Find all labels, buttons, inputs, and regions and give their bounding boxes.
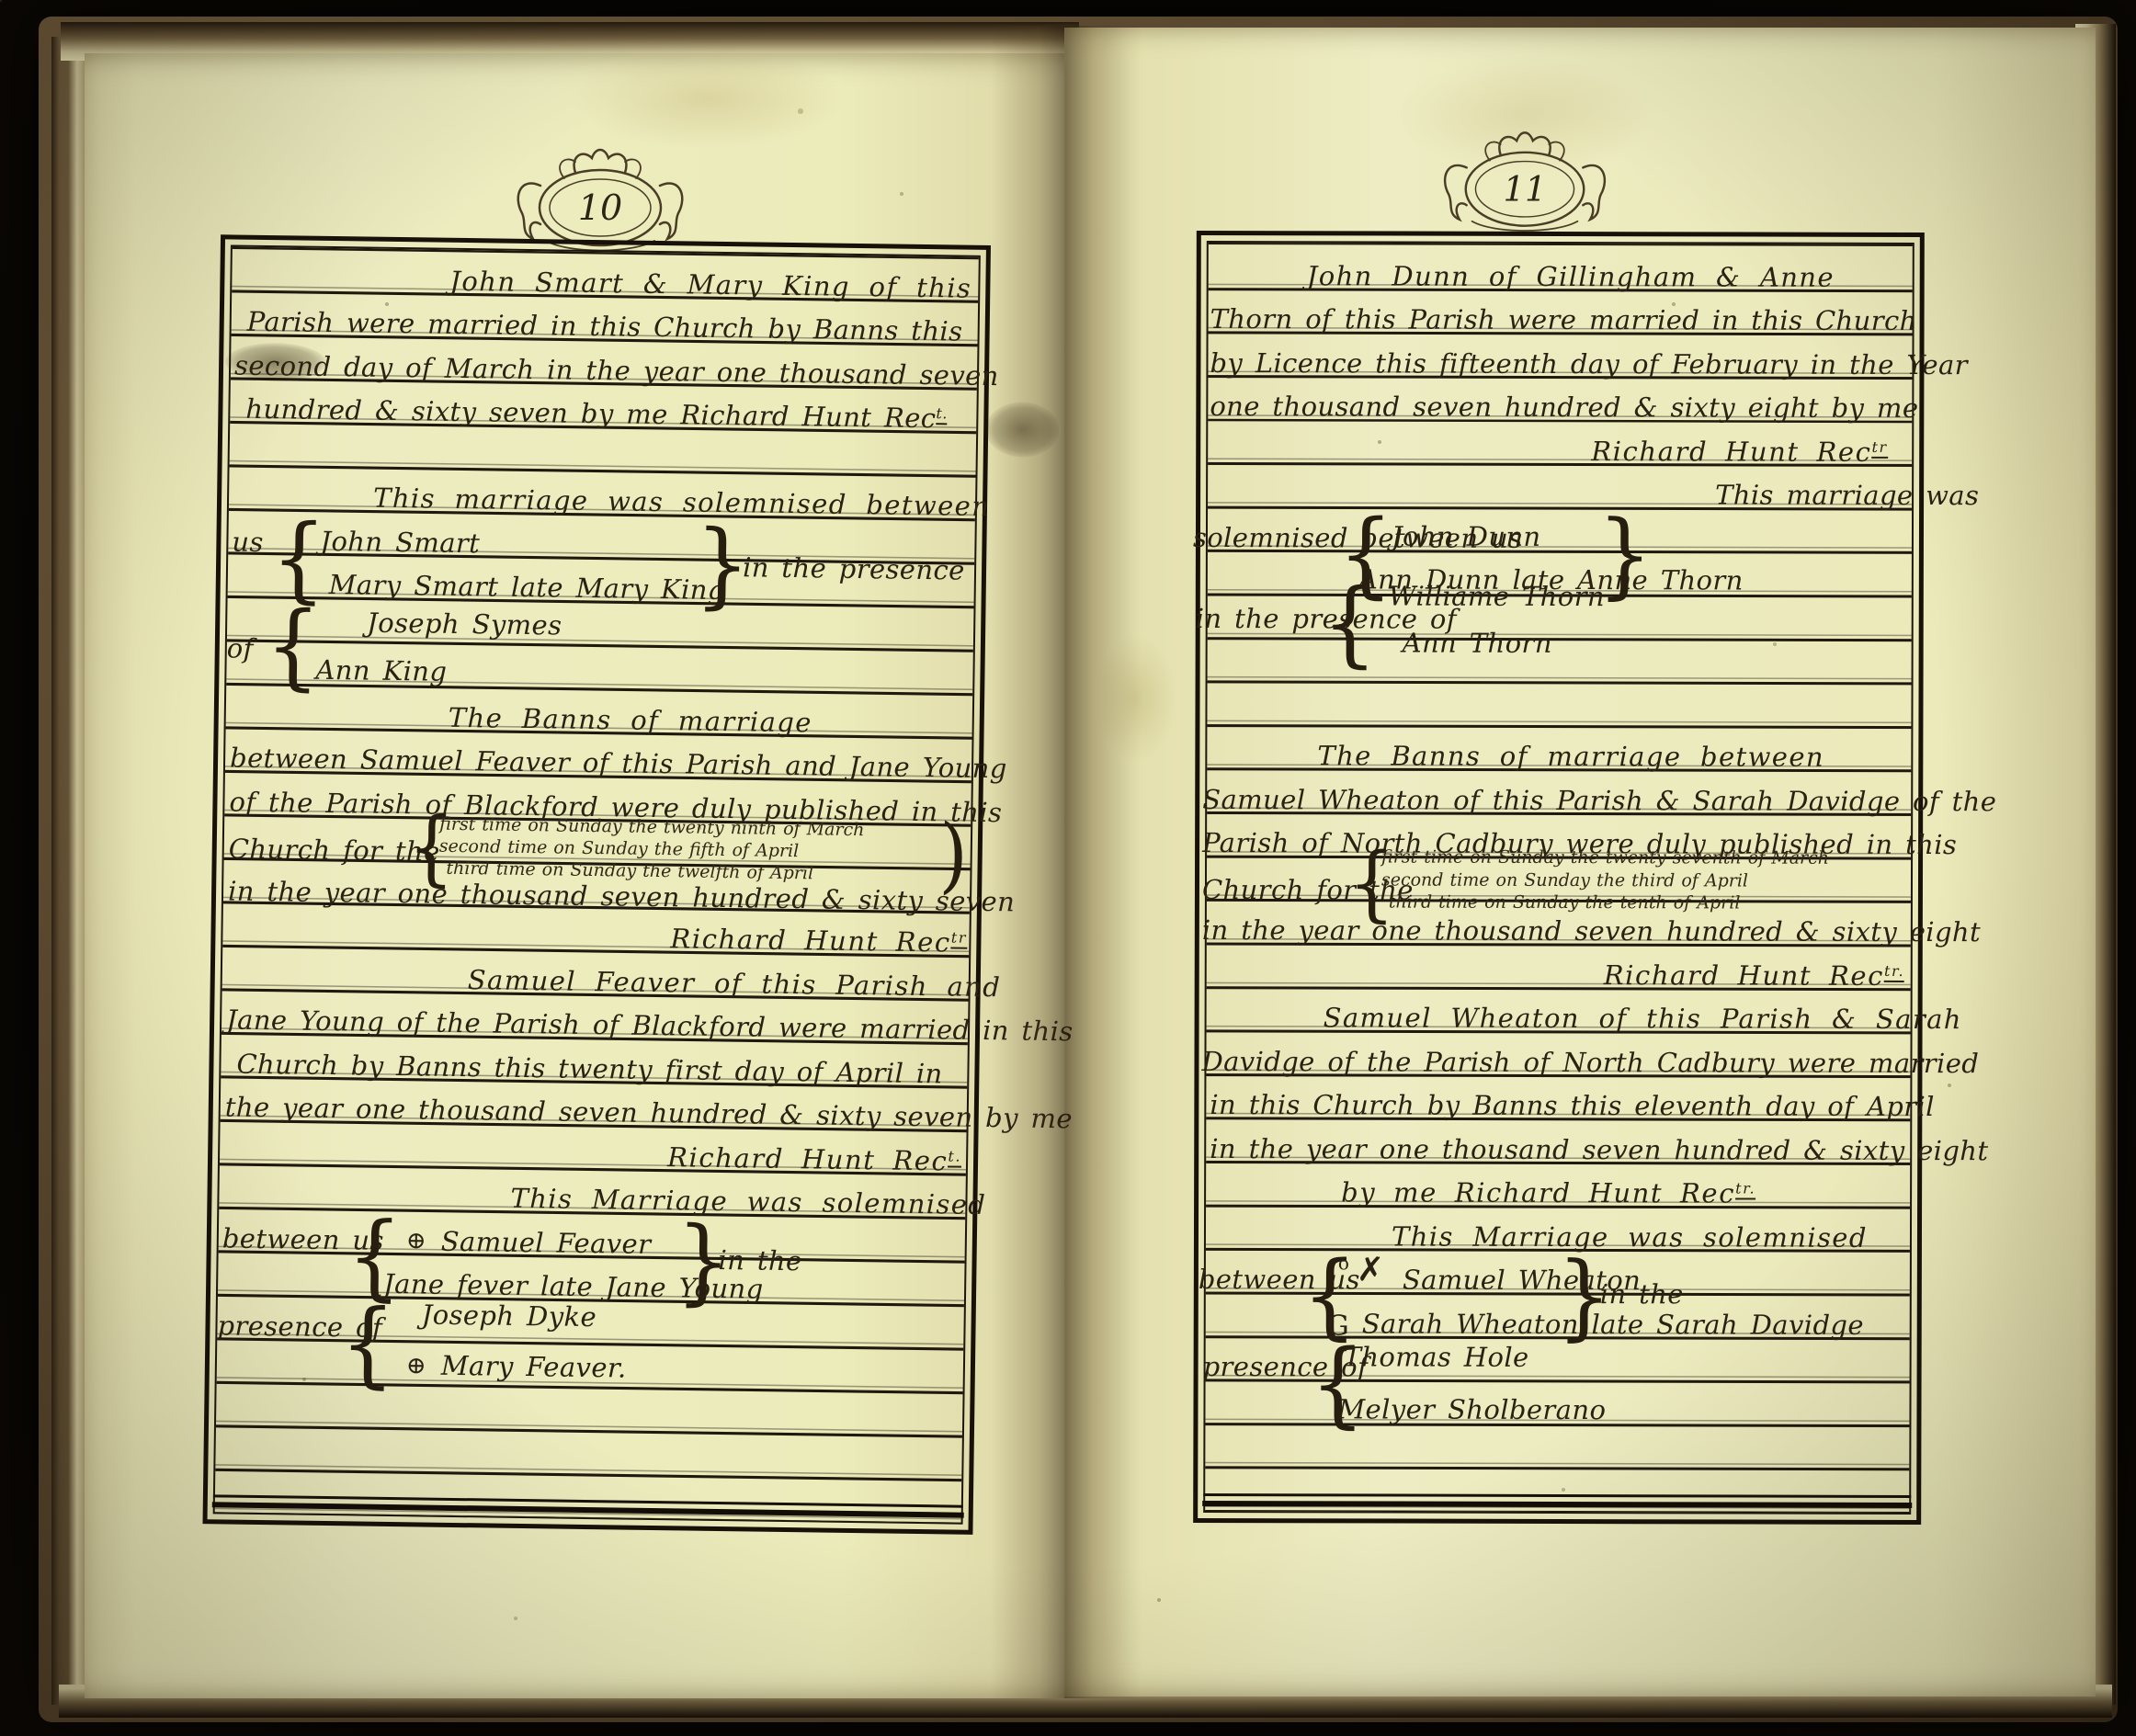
entry5-witness1-signature: Joseph Dyke (421, 1299, 596, 1333)
paren-close: ) (938, 813, 968, 896)
entry2-heading: This marriage was solemnised between (373, 482, 991, 523)
groom-mark-small-icon: o (1338, 1254, 1349, 1272)
paper-specks (0, 0, 2, 2)
entry1-line4: hundred & sixty seven by me Richard Hunt… (245, 393, 948, 435)
entry1-rector-signature: Richard Hunt Rectr (1591, 436, 1888, 469)
entry1-line3-rest: day of March in the year one thousand se… (344, 351, 999, 391)
witness-mark-icon: ⊕ (406, 1354, 426, 1378)
entry5-witness2-signature: Melyer Sholberano (1337, 1393, 1606, 1426)
entry4-line3: in this Church by Banns this eleventh da… (1210, 1089, 1935, 1123)
groom-mark-cross-icon: ✗ (1357, 1254, 1384, 1287)
page-number: 11 (1503, 169, 1546, 209)
entry2-presence-label: in the presence (743, 551, 965, 586)
signature-text: Richard Hunt Rec (1591, 436, 1871, 468)
entry1-line1: John Smart & Mary King of this (449, 266, 971, 305)
entry3-heading: The Banns of marriage between (1317, 740, 1824, 773)
entry4-line4: the year one thousand seven hundred & si… (225, 1091, 1074, 1135)
entry1-line2: Parish were married in this Church by Ba… (247, 306, 963, 348)
entry3-heading: The Banns of marriage (449, 702, 813, 739)
entry1-amended-word: second (234, 350, 332, 382)
entry1-line3: second day of March in the year one thou… (234, 350, 999, 392)
entry3-banns-second: second time on Sunday the third of April (1381, 869, 1748, 891)
signature-text: by me Richard Hunt Rec (1341, 1176, 1735, 1208)
entry1-line2: Thorn of this Parish were married in thi… (1210, 303, 1917, 337)
entry4-line3: Church by Banns this twenty first day of… (236, 1049, 943, 1091)
entry2-groom-signature: John Dunn (1392, 521, 1541, 553)
entry5-witness1-signature: Thomas Hole (1344, 1341, 1529, 1373)
entry5-in-the-label: in the (1600, 1278, 1684, 1311)
entry4-line4: in the year one thousand seven hundred &… (1210, 1133, 1988, 1167)
signature-superscript: tr. (1884, 962, 1904, 982)
page-number-cartouche-right: 11 (1437, 112, 1612, 248)
entry4-line2: Jane Young of the Parish of Blackford we… (226, 1004, 1074, 1048)
bottom-rule (1203, 1493, 1911, 1498)
signature-text: Richard Hunt Rec (667, 1141, 949, 1176)
entry1-line4-text: hundred & sixty seven by me Richard Hunt… (245, 393, 936, 434)
entry1-line3: by Licence this fifteenth day of Februar… (1210, 347, 1968, 381)
entry1-line4: one thousand seven hundred & sixty eight… (1210, 391, 1918, 425)
brace-open: { (340, 1298, 396, 1391)
entry3-line1: between Samuel Feaver of this Parish and… (230, 742, 1007, 785)
entry4-by-me-signature: by me Richard Hunt Rectr. (1341, 1176, 1755, 1209)
entry2-us-label: us (232, 527, 264, 559)
bottom-rule-heavy (1202, 1501, 1912, 1508)
signature-superscript: tr. (1735, 1180, 1755, 1200)
entry2-groom-signature: John Smart (320, 526, 480, 560)
brace-open: { (1323, 577, 1378, 671)
register-grid-right: John Dunn of Gillingham & Anne Thorn of … (1193, 231, 1925, 1525)
signature-superscript: t. (948, 1148, 961, 1168)
page-number: 10 (578, 187, 622, 228)
brace-open: { (265, 600, 321, 694)
signature-text: Richard Hunt Rec (670, 923, 951, 958)
entry2-bride-signature: Mary Smart late Mary King (329, 569, 726, 607)
signature-text: Richard Hunt Rec (1604, 959, 1884, 992)
entry3-banns-third: third time on Sunday the tenth of April (1389, 892, 1741, 914)
entry3-rector-signature: Richard Hunt Rectr. (1604, 959, 1905, 993)
entry4-line1: Samuel Wheaton of this Parish & Sarah (1324, 1002, 1962, 1036)
entry2-witness2-signature: Ann Thorn (1403, 628, 1552, 660)
signature-superscript: tr (1872, 438, 1888, 459)
entry4-line1: Samuel Feaver of this Parish and (468, 964, 1002, 1004)
entry5-bride-signature: Sarah Wheaton late Sarah Davidge (1362, 1308, 1864, 1341)
entry5-heading: This Marriage was solemnised (1392, 1221, 1868, 1254)
entry5-groom-signature: Samuel Feaver (441, 1226, 652, 1261)
entry2-witness2-signature: Ann King (315, 654, 447, 688)
entry3-line3: in the year one thousand seven hundred &… (228, 875, 1016, 918)
signature-superscript: tr (951, 929, 968, 949)
register-book-scan: 10 11 John Smart & Mary King of this Par… (0, 0, 2136, 1736)
entry2-heading: This marriage was (1715, 479, 1979, 512)
entry3-rector-signature: Richard Hunt Rectr (670, 923, 967, 959)
entry1-line1: John Dunn of Gillingham & Anne (1307, 260, 1835, 293)
entry4-rector-signature: Richard Hunt Rect. (667, 1141, 961, 1177)
entry2-of-label: of (227, 632, 254, 664)
entry3-line3: in the year one thousand seven hundred &… (1202, 914, 1981, 948)
entry3-line1: Samuel Wheaton of this Parish & Sarah Da… (1202, 784, 1996, 818)
entry1-superscript: t. (936, 405, 948, 425)
entry5-heading: This Marriage was solemnised (510, 1183, 986, 1221)
entry2-witness1-signature: Williame Thorn (1389, 581, 1605, 613)
entry5-witness2-signature: Mary Feaver. (441, 1350, 627, 1385)
register-grid-left: John Smart & Mary King of this Parish we… (202, 234, 991, 1535)
groom-mark-icon: ⊕ (406, 1229, 426, 1253)
entry3-banns-first: first time on Sunday the twenty seventh … (1381, 846, 1829, 868)
entry2-witness1-signature: Joseph Symes (367, 607, 562, 642)
brace-close: } (1597, 509, 1653, 603)
entry4-line2: Davidge of the Parish of North Cadbury w… (1201, 1046, 1979, 1080)
